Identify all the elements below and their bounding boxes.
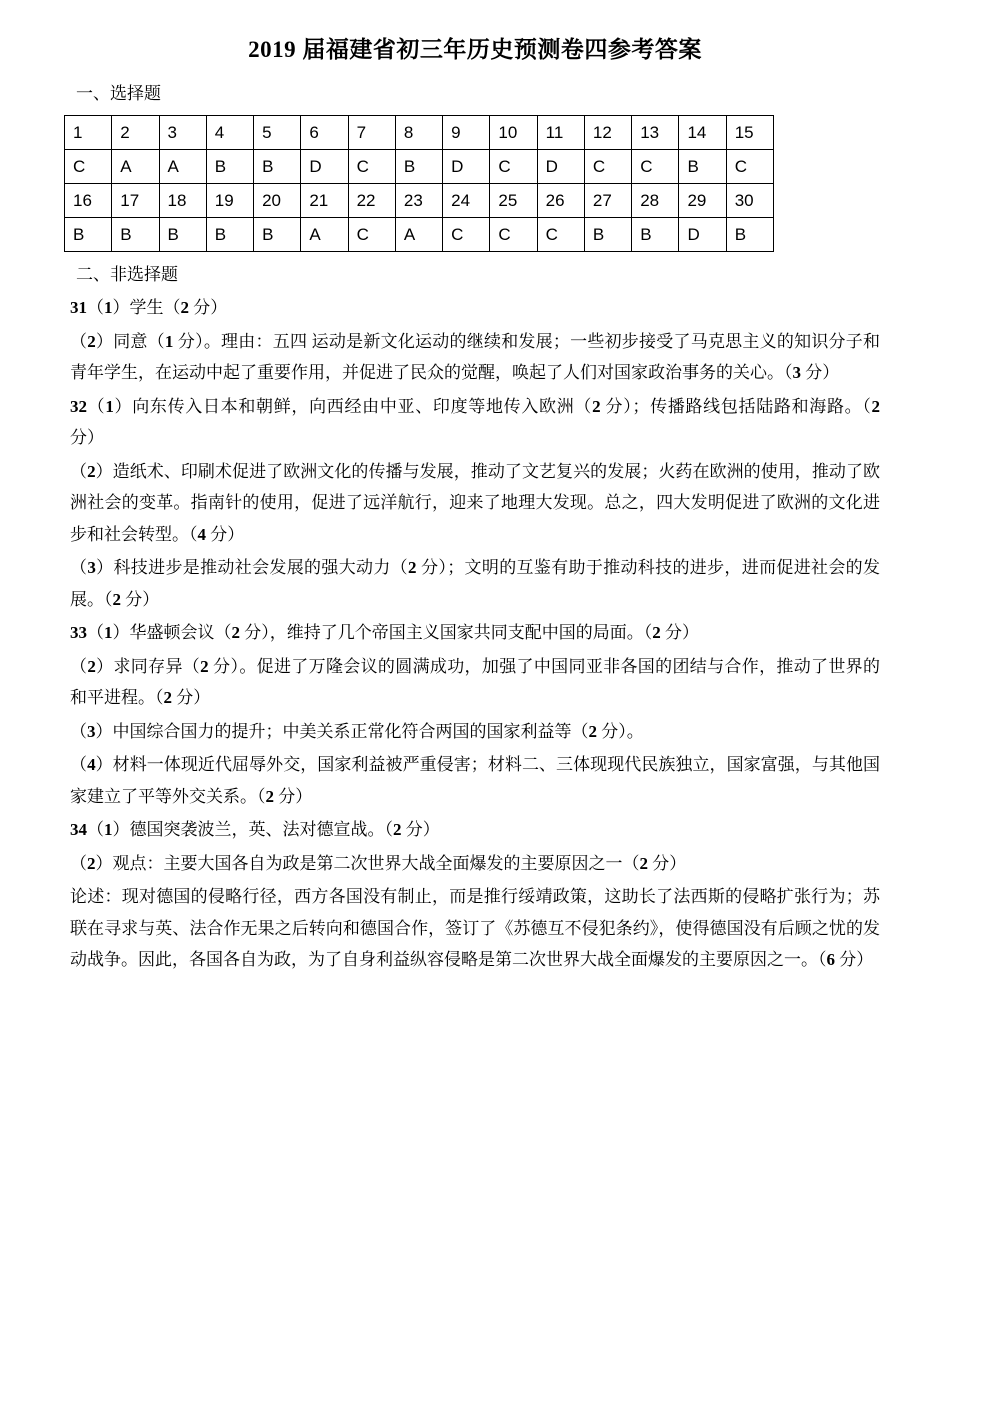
essay-answers: 31（1）学生（2 分） （2）同意（1 分）。理由：五四 运动是新文化运动的继… [70,292,880,976]
answer-table-cell: C [537,218,584,252]
answer-table-cell: C [490,218,537,252]
answer-table-cell: A [159,150,206,184]
answer-32-2: （2）造纸术、印刷术促进了欧洲文化的传播与发展，推动了文艺复兴的发展；火药在欧洲… [70,456,880,551]
answer-table-cell: A [112,150,159,184]
answer-table-cell: B [254,218,301,252]
answer-32-3: （3）科技进步是推动社会发展的强大动力（2 分）；文明的互鉴有助于推动科技的进步… [70,552,880,615]
answer-table-cell: 25 [490,184,537,218]
answer-table-cell: 3 [159,116,206,150]
answer-table-cell: D [443,150,490,184]
answer-table-row: 161718192021222324252627282930 [65,184,774,218]
answer-table-cell: A [301,218,348,252]
answer-table-cell: 19 [206,184,253,218]
answer-table-cell: 20 [254,184,301,218]
answer-table-row: BBBBBACACCCBBDB [65,218,774,252]
answer-31-1: 31（1）学生（2 分） [70,292,880,324]
answer-table-cell: 13 [632,116,679,150]
answer-table-cell: 7 [348,116,395,150]
answer-table-cell: 26 [537,184,584,218]
answer-table-cell: 5 [254,116,301,150]
answer-34-2: （2）观点：主要大国各自为政是第二次世界大战全面爆发的主要原因之一（2 分） [70,848,880,880]
answer-33-2: （2）求同存异（2 分）。促进了万隆会议的圆满成功，加强了中国同亚非各国的团结与… [70,651,880,714]
answer-table-cell: A [395,218,442,252]
answer-table-cell: B [632,218,679,252]
answer-table-cell: 8 [395,116,442,150]
answer-table-cell: 29 [679,184,726,218]
answer-table-cell: D [679,218,726,252]
answer-table-cell: 23 [395,184,442,218]
answer-31-2: （2）同意（1 分）。理由：五四 运动是新文化运动的继续和发展；一些初步接受了马… [70,326,880,389]
answer-table-cell: 12 [584,116,631,150]
answer-table-cell: B [726,218,773,252]
answer-table-cell: 14 [679,116,726,150]
answer-table-cell: C [632,150,679,184]
answer-table-cell: 24 [443,184,490,218]
answer-32-1: 32（1）向东传入日本和朝鲜，向西经由中亚、印度等地传入欧洲（2 分）；传播路线… [70,391,880,454]
answer-33-1: 33（1）华盛顿会议（2 分），维持了几个帝国主义国家共同支配中国的局面。（2 … [70,617,880,649]
essay-section-heading: 二、非选择题 [76,263,880,287]
answer-table-cell: 1 [65,116,112,150]
answer-table-cell: C [584,150,631,184]
answer-table-cell: 11 [537,116,584,150]
answer-table-cell: 16 [65,184,112,218]
answer-table-cell: B [679,150,726,184]
answer-table-cell: B [584,218,631,252]
answer-table-cell: C [348,150,395,184]
answer-34-1: 34（1）德国突袭波兰，英、法对德宣战。（2 分） [70,814,880,846]
answer-table-cell: B [254,150,301,184]
answer-33-4: （4）材料一体现近代屈辱外交，国家利益被严重侵害；材料二、三体现现代民族独立，国… [70,749,880,812]
answer-table-cell: C [726,150,773,184]
answer-table-cell: 4 [206,116,253,150]
answer-table-cell: C [348,218,395,252]
answer-table-cell: 18 [159,184,206,218]
answer-table-cell: B [159,218,206,252]
answer-table-cell: 10 [490,116,537,150]
answer-table-row: 123456789101112131415 [65,116,774,150]
answer-table-cell: B [65,218,112,252]
answer-table-cell: 6 [301,116,348,150]
answer-table-cell: 2 [112,116,159,150]
answer-table-cell: B [112,218,159,252]
answer-table-cell: 21 [301,184,348,218]
answer-table-cell: 9 [443,116,490,150]
page-title: 2019 届福建省初三年历史预测卷四参考答案 [70,34,880,66]
answer-table-cell: C [490,150,537,184]
answer-34-2-discussion: 论述：现对德国的侵略行径，西方各国没有制止，而是推行绥靖政策，这助长了法西斯的侵… [70,881,880,976]
answer-33-3: （3）中国综合国力的提升；中美关系正常化符合两国的国家利益等（2 分）。 [70,716,880,748]
answer-table-cell: 22 [348,184,395,218]
answer-table-row: CAABBDCBDCDCCBC [65,150,774,184]
answer-table-cell: 30 [726,184,773,218]
answer-table-cell: 15 [726,116,773,150]
answer-table-cell: B [395,150,442,184]
answer-table-cell: 17 [112,184,159,218]
answer-table-cell: C [65,150,112,184]
answer-table: 123456789101112131415CAABBDCBDCDCCBC1617… [64,115,774,252]
answer-table-cell: C [443,218,490,252]
answer-table-cell: B [206,150,253,184]
answer-table-cell: D [301,150,348,184]
document-page: 2019 届福建省初三年历史预测卷四参考答案 一、选择题 12345678910… [0,0,992,1403]
answer-table-cell: D [537,150,584,184]
choice-section-heading: 一、选择题 [76,82,880,106]
answer-table-cell: B [206,218,253,252]
answer-table-cell: 28 [632,184,679,218]
answer-table-cell: 27 [584,184,631,218]
